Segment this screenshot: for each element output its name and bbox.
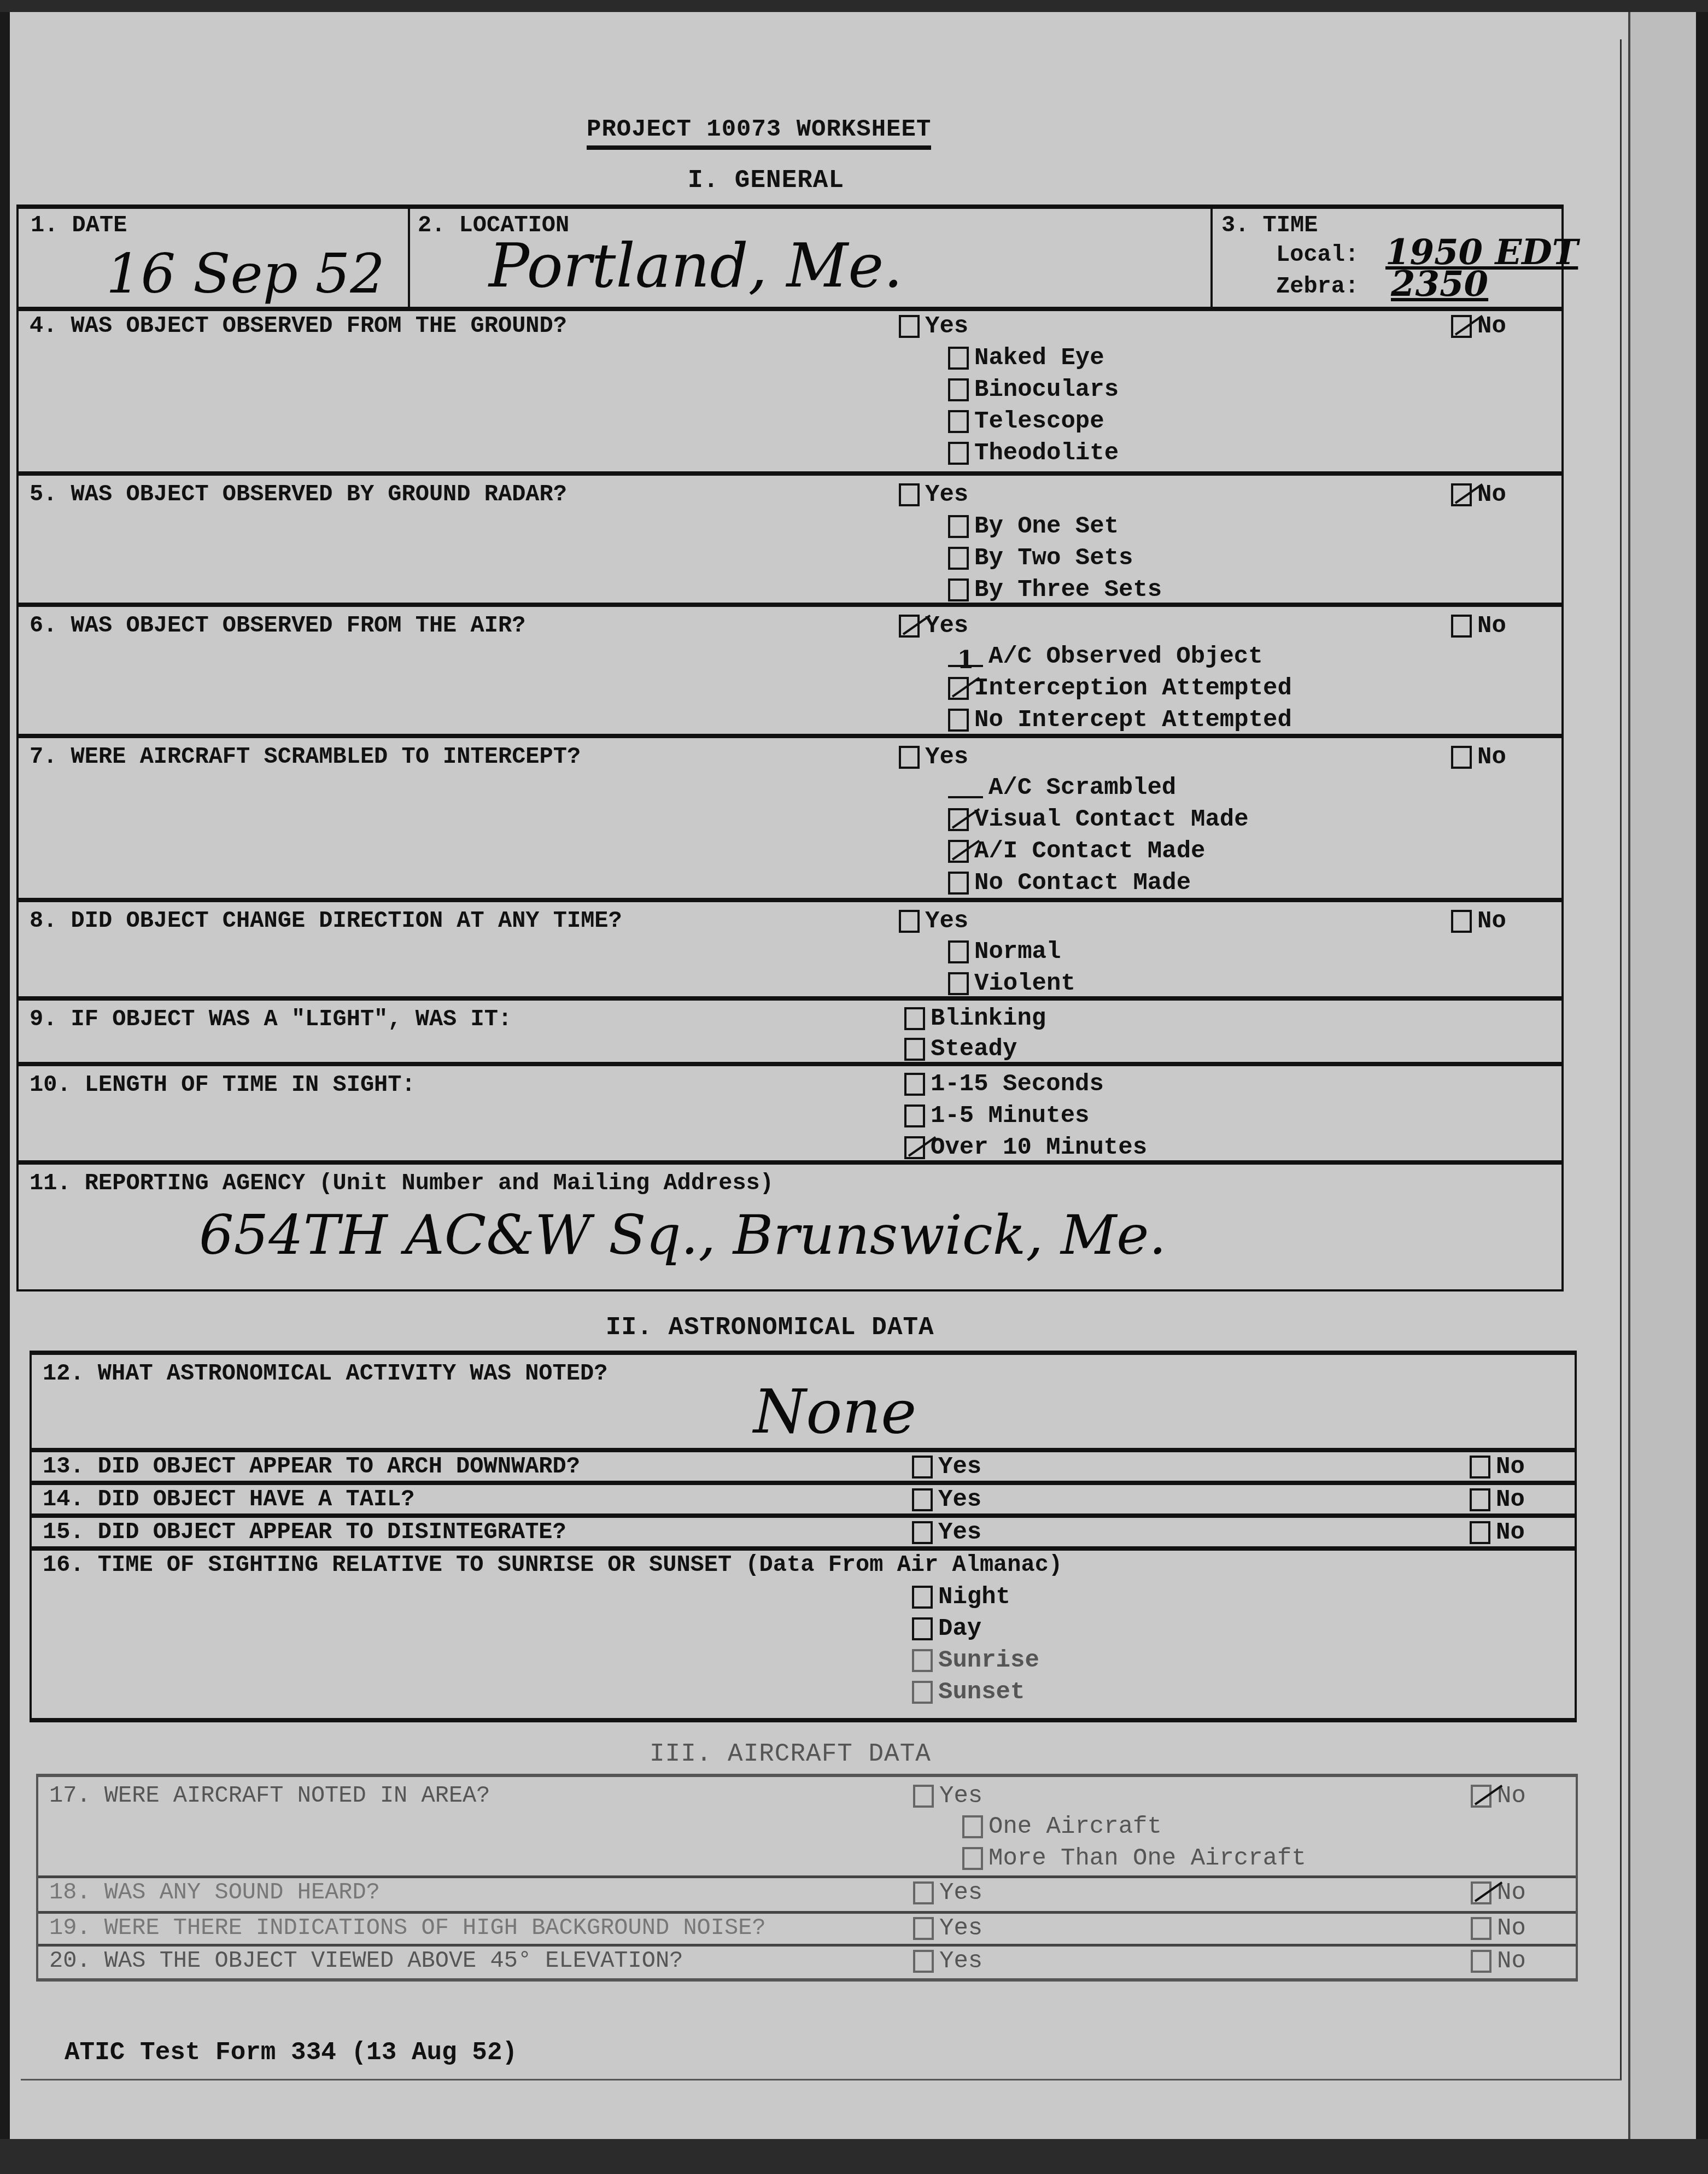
checkbox[interactable] (912, 1617, 933, 1640)
q7-ai-contact-option[interactable]: A/I Contact Made (948, 838, 1205, 865)
option-label: Theodolite (974, 440, 1119, 467)
q8-yes-label: Yes (925, 908, 968, 935)
question-19-row: 19. WERE THERE INDICATIONS OF HIGH BACKG… (38, 1911, 1576, 1944)
q4-naked-eye-option[interactable]: Naked Eye (948, 344, 1104, 372)
checkbox[interactable] (948, 940, 969, 963)
q19-no-option[interactable]: No (1471, 1915, 1526, 1942)
option-label: Over 10 Minutes (931, 1134, 1147, 1161)
question-9-text: 9. IF OBJECT WAS A "LIGHT", WAS IT: (30, 1006, 512, 1032)
q5-yes-checkbox[interactable] (899, 483, 920, 506)
q5-yes-option[interactable]: Yes (899, 481, 968, 509)
q5-three-sets-option[interactable]: By Three Sets (948, 576, 1162, 604)
option-label: More Than One Aircraft (988, 1845, 1306, 1872)
checkbox[interactable] (912, 1586, 933, 1609)
question-13-row: 13. DID OBJECT APPEAR TO ARCH DOWNWARD? … (32, 1448, 1575, 1481)
date-value[interactable]: 16 Sep 52 (106, 242, 385, 306)
question-8-text: 8. DID OBJECT CHANGE DIRECTION AT ANY TI… (30, 908, 622, 934)
question-6-row: 6. WAS OBJECT OBSERVED FROM THE AIR? Yes… (19, 603, 1561, 734)
question-15-row: 15. DID OBJECT APPEAR TO DISINTEGRATE? Y… (32, 1513, 1575, 1546)
scan-top-edge (0, 0, 1708, 12)
option-label: Violent (974, 970, 1075, 997)
checkbox[interactable] (913, 1785, 934, 1808)
question-7-row: 7. WERE AIRCRAFT SCRAMBLED TO INTERCEPT?… (19, 734, 1561, 898)
question-7-text: 7. WERE AIRCRAFT SCRAMBLED TO INTERCEPT? (30, 744, 581, 770)
q9-steady-option[interactable]: Steady (904, 1036, 1017, 1063)
checkbox[interactable] (948, 547, 969, 570)
q7-no-contact-option[interactable]: No Contact Made (948, 869, 1191, 897)
q16-day-option[interactable]: Day (912, 1615, 981, 1643)
location-value[interactable]: Portland, Me. (489, 231, 903, 301)
checkbox[interactable] (948, 677, 969, 700)
checkbox[interactable] (948, 709, 969, 732)
q9-blinking-option[interactable]: Blinking (904, 1005, 1046, 1032)
section-general-heading: I. GENERAL (688, 166, 844, 195)
q7-no-option[interactable]: No (1451, 744, 1506, 771)
option-label: Sunset (938, 1679, 1025, 1706)
question-5-row: 5. WAS OBJECT OBSERVED BY GROUND RADAR? … (19, 471, 1561, 603)
q20-no-option[interactable]: No (1471, 1948, 1526, 1975)
aircraft-questions-box: 17. WERE AIRCRAFT NOTED IN AREA? Yes No … (36, 1774, 1578, 1982)
checkbox[interactable] (904, 1136, 925, 1159)
checkbox[interactable] (962, 1815, 983, 1838)
question-15-text: 15. DID OBJECT APPEAR TO DISINTEGRATE? (43, 1519, 566, 1545)
option-label: No (1497, 1948, 1526, 1975)
time-label: 3. TIME (1221, 212, 1318, 238)
q5-one-set-option[interactable]: By One Set (948, 513, 1119, 540)
q13-no-option[interactable]: No (1470, 1453, 1525, 1481)
question-9-row: 9. IF OBJECT WAS A "LIGHT", WAS IT: Blin… (19, 996, 1561, 1062)
option-label: By One Set (974, 513, 1119, 540)
question-11-text: 11. REPORTING AGENCY (Unit Number and Ma… (30, 1170, 774, 1196)
option-label: Yes (939, 1783, 982, 1810)
option-label: No (1496, 1453, 1525, 1481)
option-label: Yes (938, 1453, 981, 1481)
option-label: Visual Contact Made (974, 806, 1249, 833)
worksheet-title: PROJECT 10073 WORKSHEET (587, 116, 931, 150)
option-label: Night (938, 1583, 1010, 1611)
checkbox[interactable] (948, 872, 969, 895)
q5-two-sets-option[interactable]: By Two Sets (948, 545, 1133, 572)
q4-yes-option[interactable]: Yes (899, 313, 968, 340)
scan-right-edge (1628, 12, 1696, 2139)
q15-no-option[interactable]: No (1470, 1519, 1525, 1546)
option-label: A/C Observed Object (988, 643, 1263, 670)
q17-more-than-one-option[interactable]: More Than One Aircraft (962, 1845, 1306, 1872)
checkbox[interactable] (912, 1488, 933, 1511)
option-label: A/I Contact Made (974, 838, 1205, 865)
question-14-text: 14. DID OBJECT HAVE A TAIL? (43, 1486, 415, 1512)
q17-one-aircraft-option[interactable]: One Aircraft (962, 1813, 1162, 1840)
q4-yes-label: Yes (925, 313, 968, 340)
option-label: No Intercept Attempted (974, 706, 1292, 734)
q6-yes-label: Yes (925, 612, 968, 640)
astronomical-questions-box: 12. WHAT ASTRONOMICAL ACTIVITY WAS NOTED… (30, 1351, 1577, 1722)
q8-normal-option[interactable]: Normal (948, 938, 1061, 966)
checkbox[interactable] (912, 1681, 933, 1704)
q10-over-10-minutes-option[interactable]: Over 10 Minutes (904, 1134, 1147, 1161)
checkbox[interactable] (948, 410, 969, 433)
checkbox[interactable] (912, 1456, 933, 1478)
checkbox[interactable] (1470, 1456, 1490, 1478)
checkbox[interactable] (913, 1917, 934, 1940)
checkbox[interactable] (948, 347, 969, 370)
checkbox[interactable] (912, 1521, 933, 1544)
option-label: By Three Sets (974, 576, 1162, 604)
question-19-text: 19. WERE THERE INDICATIONS OF HIGH BACKG… (49, 1915, 766, 1941)
question-16-text: 16. TIME OF SIGHTING RELATIVE TO SUNRISE… (43, 1552, 1062, 1578)
form-footer: ATIC Test Form 334 (13 Aug 52) (65, 2038, 517, 2067)
option-label: By Two Sets (974, 545, 1133, 572)
q7-no-checkbox[interactable] (1451, 746, 1472, 769)
checkbox[interactable] (1470, 1488, 1490, 1511)
option-label: Steady (931, 1036, 1017, 1063)
q14-no-option[interactable]: No (1470, 1486, 1525, 1513)
zebra-time-value[interactable]: 2350 (1391, 264, 1488, 305)
checkbox[interactable] (912, 1649, 933, 1672)
q6-no-checkbox[interactable] (1451, 615, 1472, 638)
checkbox[interactable] (1471, 1881, 1491, 1904)
option-label: Day (938, 1615, 981, 1643)
q8-no-option[interactable]: No (1451, 908, 1506, 935)
checkbox[interactable] (962, 1847, 983, 1870)
checkbox[interactable] (948, 515, 969, 538)
checkbox[interactable] (1470, 1521, 1490, 1544)
checkbox[interactable] (948, 808, 969, 831)
checkbox[interactable] (904, 1007, 925, 1030)
checkbox[interactable] (904, 1038, 925, 1061)
q7-yes-checkbox[interactable] (899, 746, 920, 769)
q6-ac-observed-field[interactable]: 1A/C Observed Object (948, 643, 1263, 670)
option-label: Sunrise (938, 1647, 1039, 1674)
q16-night-option[interactable]: Night (912, 1583, 1010, 1611)
checkbox[interactable] (948, 972, 969, 995)
q6-yes-checkbox[interactable] (899, 615, 920, 638)
q13-yes-option[interactable]: Yes (912, 1453, 981, 1481)
option-label: Telescope (974, 408, 1104, 435)
option-label: Yes (938, 1486, 981, 1513)
option-label: A/C Scrambled (988, 774, 1176, 802)
q16-sunrise-option[interactable]: Sunrise (912, 1647, 1039, 1674)
divider (1210, 209, 1213, 307)
header-fields-box: 1. DATE 16 Sep 52 2. LOCATION Portland, … (16, 204, 1564, 311)
q7-no-label: No (1477, 744, 1506, 771)
q6-no-intercept-option[interactable]: No Intercept Attempted (948, 706, 1292, 734)
divider (408, 209, 410, 307)
question-10-text: 10. LENGTH OF TIME IN SIGHT: (30, 1072, 416, 1098)
q4-no-checkbox[interactable] (1451, 315, 1472, 338)
question-20-text: 20. WAS THE OBJECT VIEWED ABOVE 45° ELEV… (49, 1948, 683, 1974)
option-label: Naked Eye (974, 344, 1104, 372)
local-label: Local: (1276, 242, 1359, 268)
section-astronomical-heading: II. ASTRONOMICAL DATA (606, 1313, 934, 1342)
checkbox[interactable] (948, 840, 969, 863)
question-5-text: 5. WAS OBJECT OBSERVED BY GROUND RADAR? (30, 481, 567, 507)
q10-1-15-seconds-option[interactable]: 1-15 Seconds (904, 1071, 1104, 1098)
question-8-row: 8. DID OBJECT CHANGE DIRECTION AT ANY TI… (19, 898, 1561, 996)
checkbox[interactable] (913, 1950, 934, 1973)
q8-no-label: No (1477, 908, 1506, 935)
scan-bottom-edge (0, 2139, 1708, 2174)
question-18-row: 18. WAS ANY SOUND HEARD? Yes No (38, 1875, 1576, 1908)
q5-yes-label: Yes (925, 481, 968, 509)
option-label: Yes (939, 1948, 982, 1975)
option-label: Interception Attempted (974, 675, 1292, 702)
q4-binoculars-option[interactable]: Binoculars (948, 376, 1119, 404)
worksheet-page: PROJECT 10073 WORKSHEET I. GENERAL 1. DA… (10, 12, 1694, 2139)
q14-yes-option[interactable]: Yes (912, 1486, 981, 1513)
checkbox[interactable] (904, 1073, 925, 1096)
option-label: No (1496, 1486, 1525, 1513)
question-14-row: 14. DID OBJECT HAVE A TAIL? Yes No (32, 1481, 1575, 1513)
checkbox[interactable] (904, 1104, 925, 1127)
option-label: No (1497, 1915, 1526, 1942)
option-label: No (1496, 1519, 1525, 1546)
question-13-text: 13. DID OBJECT APPEAR TO ARCH DOWNWARD? (43, 1453, 580, 1480)
section-aircraft-heading: III. AIRCRAFT DATA (650, 1740, 931, 1768)
checkbox[interactable] (1471, 1785, 1491, 1808)
q4-theodolite-option[interactable]: Theodolite (948, 440, 1119, 467)
question-4-text: 4. WAS OBJECT OBSERVED FROM THE GROUND? (30, 313, 567, 339)
q10-1-5-minutes-option[interactable]: 1-5 Minutes (904, 1102, 1089, 1130)
question-12-text: 12. WHAT ASTRONOMICAL ACTIVITY WAS NOTED… (43, 1360, 607, 1387)
q8-yes-option[interactable]: Yes (899, 908, 968, 935)
q16-sunset-option[interactable]: Sunset (912, 1679, 1025, 1706)
general-questions-box: 4. WAS OBJECT OBSERVED FROM THE GROUND? … (16, 307, 1564, 1291)
option-label: Yes (938, 1519, 981, 1546)
ac-count-blank[interactable]: 1 (948, 646, 983, 667)
q7-visual-contact-option[interactable]: Visual Contact Made (948, 806, 1249, 833)
option-label: 1-15 Seconds (931, 1071, 1104, 1098)
question-17-text: 17. WERE AIRCRAFT NOTED IN AREA? (49, 1783, 490, 1809)
ac-scrambled-blank[interactable] (948, 778, 983, 798)
q19-yes-option[interactable]: Yes (913, 1915, 982, 1942)
question-6-text: 6. WAS OBJECT OBSERVED FROM THE AIR? (30, 612, 525, 639)
question-20-row: 20. WAS THE OBJECT VIEWED ABOVE 45° ELEV… (38, 1944, 1576, 1979)
q7-yes-label: Yes (925, 744, 968, 771)
checkbox[interactable] (948, 578, 969, 601)
q4-telescope-option[interactable]: Telescope (948, 408, 1104, 435)
question-18-text: 18. WAS ANY SOUND HEARD? (49, 1879, 380, 1906)
checkbox[interactable] (948, 378, 969, 401)
question-10-row: 10. LENGTH OF TIME IN SIGHT: 1-15 Second… (19, 1062, 1561, 1160)
zebra-label: Zebra: (1276, 273, 1359, 300)
q8-no-checkbox[interactable] (1451, 910, 1472, 933)
checkbox[interactable] (1471, 1917, 1491, 1940)
option-label: Binoculars (974, 376, 1119, 404)
q8-violent-option[interactable]: Violent (948, 970, 1075, 997)
q6-no-label: No (1477, 612, 1506, 640)
q17-no-option[interactable]: No (1471, 1783, 1526, 1810)
q18-no-option[interactable]: No (1471, 1879, 1526, 1907)
q4-no-option[interactable]: No (1451, 313, 1506, 340)
option-label: Blinking (931, 1005, 1046, 1032)
astronomical-activity-value[interactable]: None (753, 1377, 916, 1447)
checkbox[interactable] (948, 442, 969, 465)
option-label: No Contact Made (974, 869, 1191, 897)
question-4-row: 4. WAS OBJECT OBSERVED FROM THE GROUND? … (19, 307, 1561, 471)
q5-no-option[interactable]: No (1451, 481, 1506, 509)
reporting-agency-value[interactable]: 654TH AC&W Sq., Brunswick, Me. (199, 1203, 1166, 1267)
q5-no-checkbox[interactable] (1451, 483, 1472, 506)
q17-yes-option[interactable]: Yes (913, 1783, 982, 1810)
q18-yes-option[interactable]: Yes (913, 1879, 982, 1907)
option-label: Yes (939, 1915, 982, 1942)
q8-yes-checkbox[interactable] (899, 910, 920, 933)
q20-yes-option[interactable]: Yes (913, 1948, 982, 1975)
q7-ac-scrambled-field[interactable]: A/C Scrambled (948, 774, 1176, 802)
q6-interception-attempted-option[interactable]: Interception Attempted (948, 675, 1292, 702)
q4-yes-checkbox[interactable] (899, 315, 920, 338)
question-17-row: 17. WERE AIRCRAFT NOTED IN AREA? Yes No … (38, 1777, 1576, 1862)
checkbox[interactable] (1471, 1950, 1491, 1973)
q7-yes-option[interactable]: Yes (899, 744, 968, 771)
option-label: One Aircraft (988, 1813, 1162, 1840)
option-label: Yes (939, 1879, 982, 1907)
q15-yes-option[interactable]: Yes (912, 1519, 981, 1546)
option-label: 1-5 Minutes (931, 1102, 1089, 1130)
checkbox[interactable] (913, 1881, 934, 1904)
date-label: 1. DATE (31, 212, 127, 238)
q6-yes-option[interactable]: Yes (899, 612, 968, 640)
option-label: Normal (974, 938, 1061, 966)
question-11-row: 11. REPORTING AGENCY (Unit Number and Ma… (19, 1160, 1561, 1291)
question-12-row: 12. WHAT ASTRONOMICAL ACTIVITY WAS NOTED… (32, 1355, 1575, 1448)
question-16-row: 16. TIME OF SIGHTING RELATIVE TO SUNRISE… (32, 1546, 1575, 1721)
q6-no-option[interactable]: No (1451, 612, 1506, 640)
